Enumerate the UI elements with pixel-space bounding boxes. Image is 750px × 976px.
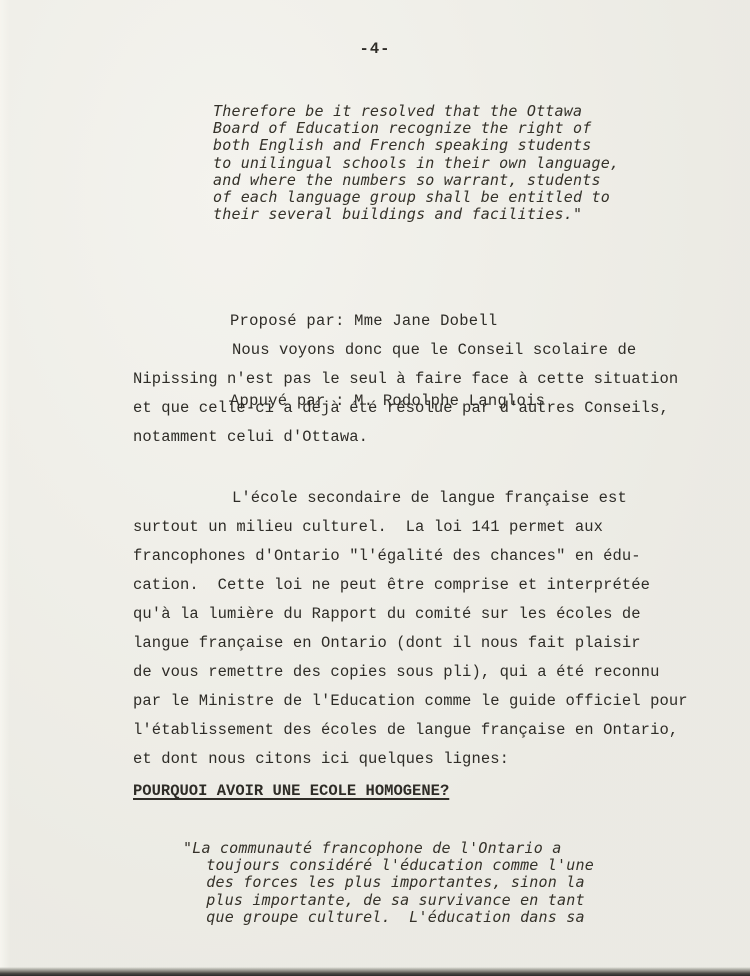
paragraph-nipissing-situation: Nous voyons donc que le Conseil scolaire… (133, 336, 678, 452)
resolution-quote-block: Therefore be it resolved that the Ottawa… (213, 103, 619, 223)
scan-paper-bottom-edge (0, 967, 750, 976)
section-heading-ecole-homogene: POURQUOI AVOIR UNE ECOLE HOMOGENE? (133, 782, 449, 800)
scanned-document-page: -4- Therefore be it resolved that the Ot… (0, 0, 750, 976)
closing-quote-block: "La communauté francophone de l'Ontario … (197, 840, 617, 926)
page-number: -4- (300, 40, 450, 58)
paragraph-ecole-secondaire: L'école secondaire de langue française e… (133, 484, 688, 774)
proposed-by-line: Proposé par: Mme Jane Dobell (230, 308, 545, 335)
